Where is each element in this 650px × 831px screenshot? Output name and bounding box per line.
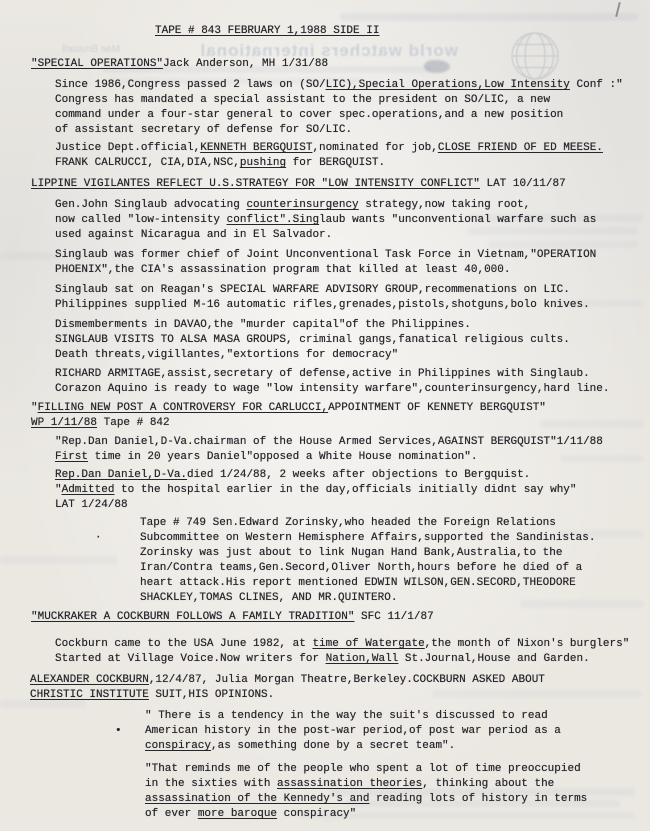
text-segment: St.Journal,House and Garden. — [398, 653, 589, 665]
text-segment: Singlaub sat on Reagan's SPECIAL WARFARE… — [55, 284, 570, 296]
scanned-document-page: world watchers international Mae Brussel… — [0, 0, 650, 831]
underlined-text: KENNETH BERGQUIST — [200, 142, 312, 154]
singlaub-paragraph-1: Gen.John Singlaub advocating counterinsu… — [55, 198, 650, 243]
text-line: Dismemberments in DAVAO,the "murder capi… — [55, 318, 650, 333]
text-line: "FILLING NEW POST A CONTROVERSY FOR CARL… — [31, 401, 650, 416]
text-line: conspiracy,as something done by a secret… — [145, 739, 650, 754]
underlined-text: "MUCKRAKER A COCKBURN FOLLOWS A FAMILY T… — [31, 611, 354, 623]
text-segment: conspiracy" — [277, 808, 356, 820]
daniel-paragraph-1: "Rep.Dan Daniel,D-Va.chairman of the Hou… — [55, 435, 650, 465]
text-line: Singlaub was former chief of Joint Uncon… — [55, 248, 650, 263]
text-segment: now called "low-intensity — [55, 214, 227, 226]
text-segment: of ever — [145, 808, 198, 820]
text-line: PHOENIX",the CIA's assassination program… — [55, 263, 650, 278]
text-segment: Jack Anderson, MH 1/31/88 — [163, 58, 328, 70]
text-line: •American history in the post-war period… — [145, 724, 650, 739]
text-segment: " — [55, 484, 62, 496]
text-line: ·Subcommittee on Western Hemisphere Affa… — [140, 531, 650, 546]
text-line: "SPECIAL OPERATIONS"Jack Anderson, MH 1/… — [31, 57, 650, 72]
text-segment: "Rep.Dan Daniel,D-Va.chairman of the Hou… — [55, 436, 603, 448]
underlined-text: counterinsurgency — [246, 199, 358, 211]
underlined-text: assassination of the Kennedy's and — [145, 793, 369, 805]
text-segment: Corazon Aquino is ready to wage "low int… — [55, 383, 610, 395]
text-segment: heart attack.His report mentioned EDWIN … — [140, 577, 576, 589]
text-segment: Singlaub was former chief of Joint Uncon… — [55, 249, 596, 261]
underlined-text: more baroque — [198, 808, 277, 820]
text-segment: command under a four-star general to cov… — [55, 109, 563, 121]
text-segment: laub wants "unconventional warfare such … — [319, 214, 596, 226]
bullet-marker: · — [95, 531, 102, 546]
underlined-text: First — [55, 451, 88, 463]
davao-paragraph: Dismemberments in DAVAO,the "murder capi… — [55, 318, 650, 363]
text-line: of assistant secretary of defense for SO… — [55, 123, 650, 138]
text-segment: LAT 10/11/87 — [480, 178, 566, 190]
text-line: TAPE # 843 FEBRUARY 1,1988 SIDE II — [155, 24, 650, 39]
text-segment: Tape # 749 Sen.Edward Zorinsky,who heade… — [140, 517, 556, 529]
singlaub-paragraph-3: Singlaub sat on Reagan's SPECIAL WARFARE… — [55, 283, 650, 313]
text-segment: reading lots of history in terms — [369, 793, 587, 805]
underlined-text: time of Watergate — [312, 638, 424, 650]
text-line: Death threats,vigillantes,"extortions fo… — [55, 348, 650, 363]
text-line: in the sixties with assassination theori… — [145, 777, 650, 792]
text-line: "MUCKRAKER A COCKBURN FOLLOWS A FAMILY T… — [31, 610, 650, 625]
text-line: "That reminds me of the people who spent… — [145, 762, 650, 777]
filling-post-heading: "FILLING NEW POST A CONTROVERSY FOR CARL… — [31, 401, 650, 431]
underlined-text: Nation,Wall — [326, 653, 399, 665]
underlined-text: "SPECIAL OPERATIONS" — [31, 58, 163, 70]
text-segment: , thinking about the — [422, 778, 554, 790]
text-segment: of assistant secretary of defense for SO… — [55, 124, 352, 136]
underlined-text: CLOSE FRIEND OF ED MEESE. — [438, 142, 603, 154]
text-segment: LAT 1/24/88 — [55, 499, 128, 511]
text-line: LAT 1/24/88 — [55, 498, 650, 513]
text-segment: strategy,now taking root, — [359, 199, 531, 211]
text-line: Started at Village Voice.Now writers for… — [55, 652, 650, 667]
text-segment: to the hospital earlier in the day,offic… — [114, 484, 576, 496]
underlined-text: assassination theories — [277, 778, 422, 790]
text-line: now called "low-intensity conflict".Sing… — [55, 213, 650, 228]
text-segment: FRANK CALRUCCI, CIA,DIA,NSC, — [55, 157, 240, 169]
text-segment: Gen.John Singlaub advocating — [55, 199, 246, 211]
daniel-paragraph-2: Rep.Dan Daniel,D-Va.died 1/24/88, 2 week… — [55, 468, 650, 513]
text-line: assassination of the Kennedy's and readi… — [145, 792, 650, 807]
underlined-text: Admitted — [62, 484, 115, 496]
underlined-text: Rep.Dan Daniel,D-Va. — [55, 469, 187, 481]
text-segment: " — [31, 402, 38, 414]
text-segment: ,12/4/87, Julia Morgan Theatre,Berkeley.… — [149, 674, 545, 686]
text-line: Singlaub sat on Reagan's SPECIAL WARFARE… — [55, 283, 650, 298]
text-line: Since 1986,Congress passed 2 laws on (SO… — [55, 78, 650, 93]
underlined-text: ALEXANDER COCKBURN — [30, 674, 149, 686]
bergquist-paragraph: Justice Dept.official,KENNETH BERGQUIST,… — [55, 141, 650, 171]
text-line: Rep.Dan Daniel,D-Va.died 1/24/88, 2 week… — [55, 468, 650, 483]
text-segment: SINGLAUB VISITS TO ALSA MASA GROUPS, cri… — [55, 334, 570, 346]
text-segment: PHOENIX",the CIA's assassination program… — [55, 264, 510, 276]
underlined-text: conspiracy — [145, 740, 211, 752]
underlined-text: CHRISTIC INSTITUTE — [30, 689, 149, 701]
text-segment: died 1/24/88, 2 weeks after objections t… — [187, 469, 530, 481]
text-line: Congress has mandated a special assistan… — [55, 93, 650, 108]
text-line: LIPPINE VIGILANTES REFLECT U.S.STRATEGY … — [31, 177, 650, 192]
bleed-through-streak — [340, 13, 638, 21]
text-segment: " There is a tendency in the way the sui… — [145, 710, 548, 722]
text-line: used against Nicaragua and in El Salvado… — [55, 228, 650, 243]
text-segment: Subcommittee on Western Hemisphere Affai… — [140, 532, 595, 544]
underlined-text: LIPPINE VIGILANTES REFLECT U.S.STRATEGY … — [31, 178, 480, 190]
text-line: RICHARD ARMITAGE,assist,secretary of def… — [55, 367, 650, 382]
special-operations-heading: "SPECIAL OPERATIONS"Jack Anderson, MH 1/… — [31, 57, 650, 72]
text-line: Iran/Contra teams,Gen.Secord,Oliver Nort… — [140, 561, 650, 576]
text-segment: RICHARD ARMITAGE,assist,secretary of def… — [55, 368, 590, 380]
so-lic-paragraph: Since 1986,Congress passed 2 laws on (SO… — [55, 78, 650, 138]
document-body: TAPE # 843 FEBRUARY 1,1988 SIDE II"SPECI… — [0, 24, 650, 822]
text-segment: SFC 11/1/87 — [354, 611, 433, 623]
text-line: "Admitted to the hospital earlier in the… — [55, 483, 650, 498]
pen-mark — [615, 2, 621, 17]
text-line: ALEXANDER COCKBURN,12/4/87, Julia Morgan… — [30, 673, 650, 688]
text-segment: ,as something done by a secret team". — [211, 740, 455, 752]
cockburn-paragraph: Cockburn came to the USA June 1982, at t… — [55, 637, 650, 667]
text-segment: Dismemberments in DAVAO,the "murder capi… — [55, 319, 471, 331]
text-segment: SUIT,HIS OPINIONS. — [149, 689, 274, 701]
text-line: Philippines supplied M-16 automatic rifl… — [55, 298, 650, 313]
text-segment: Justice Dept.official, — [55, 142, 200, 154]
text-segment: Zorinsky was just about to link Nugan Ha… — [140, 547, 562, 559]
singlaub-paragraph-2: Singlaub was former chief of Joint Uncon… — [55, 248, 650, 278]
text-line: "Rep.Dan Daniel,D-Va.chairman of the Hou… — [55, 435, 650, 450]
text-line: Corazon Aquino is ready to wage "low int… — [55, 382, 650, 397]
text-segment: used against Nicaragua and in El Salvado… — [55, 229, 332, 241]
underlined-text: TAPE # 843 FEBRUARY 1,1988 SIDE II — [155, 25, 379, 37]
text-line: Zorinsky was just about to link Nugan Ha… — [140, 546, 650, 561]
underlined-text: WP 1/11/88 — [31, 417, 97, 429]
underlined-text: LIC),Special Operations,Low Intensity — [326, 79, 570, 91]
text-line: heart attack.His report mentioned EDWIN … — [140, 576, 650, 591]
text-segment: Cockburn came to the USA June 1982, at — [55, 638, 312, 650]
text-line: Gen.John Singlaub advocating counterinsu… — [55, 198, 650, 213]
text-segment: Conf :" — [570, 79, 623, 91]
zorinsky-note: Tape # 749 Sen.Edward Zorinsky,who heade… — [140, 516, 650, 606]
text-segment: SHACKLEY,TOMAS CLINES, AND MR.QUINTERO. — [140, 592, 397, 604]
text-segment: Iran/Contra teams,Gen.Secord,Oliver Nort… — [140, 562, 582, 574]
bullet-marker: • — [115, 724, 122, 739]
text-segment: "That reminds me of the people who spent… — [145, 763, 581, 775]
text-line: of ever more baroque conspiracy" — [145, 807, 650, 822]
text-line: SHACKLEY,TOMAS CLINES, AND MR.QUINTERO. — [140, 591, 650, 606]
text-line: " There is a tendency in the way the sui… — [145, 709, 650, 724]
text-line: Cockburn came to the USA June 1982, at t… — [55, 637, 650, 652]
underlined-text: FILLING NEW POST A CONTROVERSY FOR CARLU… — [38, 402, 328, 414]
text-line: SINGLAUB VISITS TO ALSA MASA GROUPS, cri… — [55, 333, 650, 348]
underlined-text: pushing — [240, 157, 286, 169]
text-segment: for BERGQUIST. — [286, 157, 385, 169]
text-segment: American history in the post-war period,… — [145, 725, 561, 737]
armitage-paragraph: RICHARD ARMITAGE,assist,secretary of def… — [55, 367, 650, 397]
text-line: First time in 20 years Daniel"opposed a … — [55, 450, 650, 465]
text-segment: Philippines supplied M-16 automatic rifl… — [55, 299, 590, 311]
text-line: WP 1/11/88 Tape # 842 — [31, 416, 650, 431]
text-segment: in the sixties with — [145, 778, 277, 790]
cockburn-quote-2: "That reminds me of the people who spent… — [145, 762, 650, 822]
cockburn-event: ALEXANDER COCKBURN,12/4/87, Julia Morgan… — [30, 673, 650, 703]
text-segment: ,the month of Nixon's burglers" — [425, 638, 630, 650]
text-line: Tape # 749 Sen.Edward Zorinsky,who heade… — [140, 516, 650, 531]
cockburn-quote-1: " There is a tendency in the way the sui… — [145, 709, 650, 754]
tape-header: TAPE # 843 FEBRUARY 1,1988 SIDE II — [155, 24, 650, 39]
text-line: FRANK CALRUCCI, CIA,DIA,NSC,pushing for … — [55, 156, 650, 171]
underlined-text: conflict".Sing — [227, 214, 319, 226]
text-segment: Tape # 842 — [97, 417, 170, 429]
text-segment: APPOINTMENT OF KENNETY BERGQUIST" — [328, 402, 546, 414]
muckraker-heading: "MUCKRAKER A COCKBURN FOLLOWS A FAMILY T… — [31, 610, 650, 625]
text-segment: Started at Village Voice.Now writers for — [55, 653, 326, 665]
text-line: CHRISTIC INSTITUTE SUIT,HIS OPINIONS. — [30, 688, 650, 703]
text-segment: ,nominated for job, — [312, 142, 437, 154]
text-segment: Since 1986,Congress passed 2 laws on (SO… — [55, 79, 326, 91]
text-line: command under a four-star general to cov… — [55, 108, 650, 123]
text-line: Justice Dept.official,KENNETH BERGQUIST,… — [55, 141, 650, 156]
text-segment: Death threats,vigillantes,"extortions fo… — [55, 349, 398, 361]
text-segment: time in 20 years Daniel"opposed a White … — [88, 451, 477, 463]
vigilantes-heading: LIPPINE VIGILANTES REFLECT U.S.STRATEGY … — [31, 177, 650, 192]
text-segment: Congress has mandated a special assistan… — [55, 94, 550, 106]
